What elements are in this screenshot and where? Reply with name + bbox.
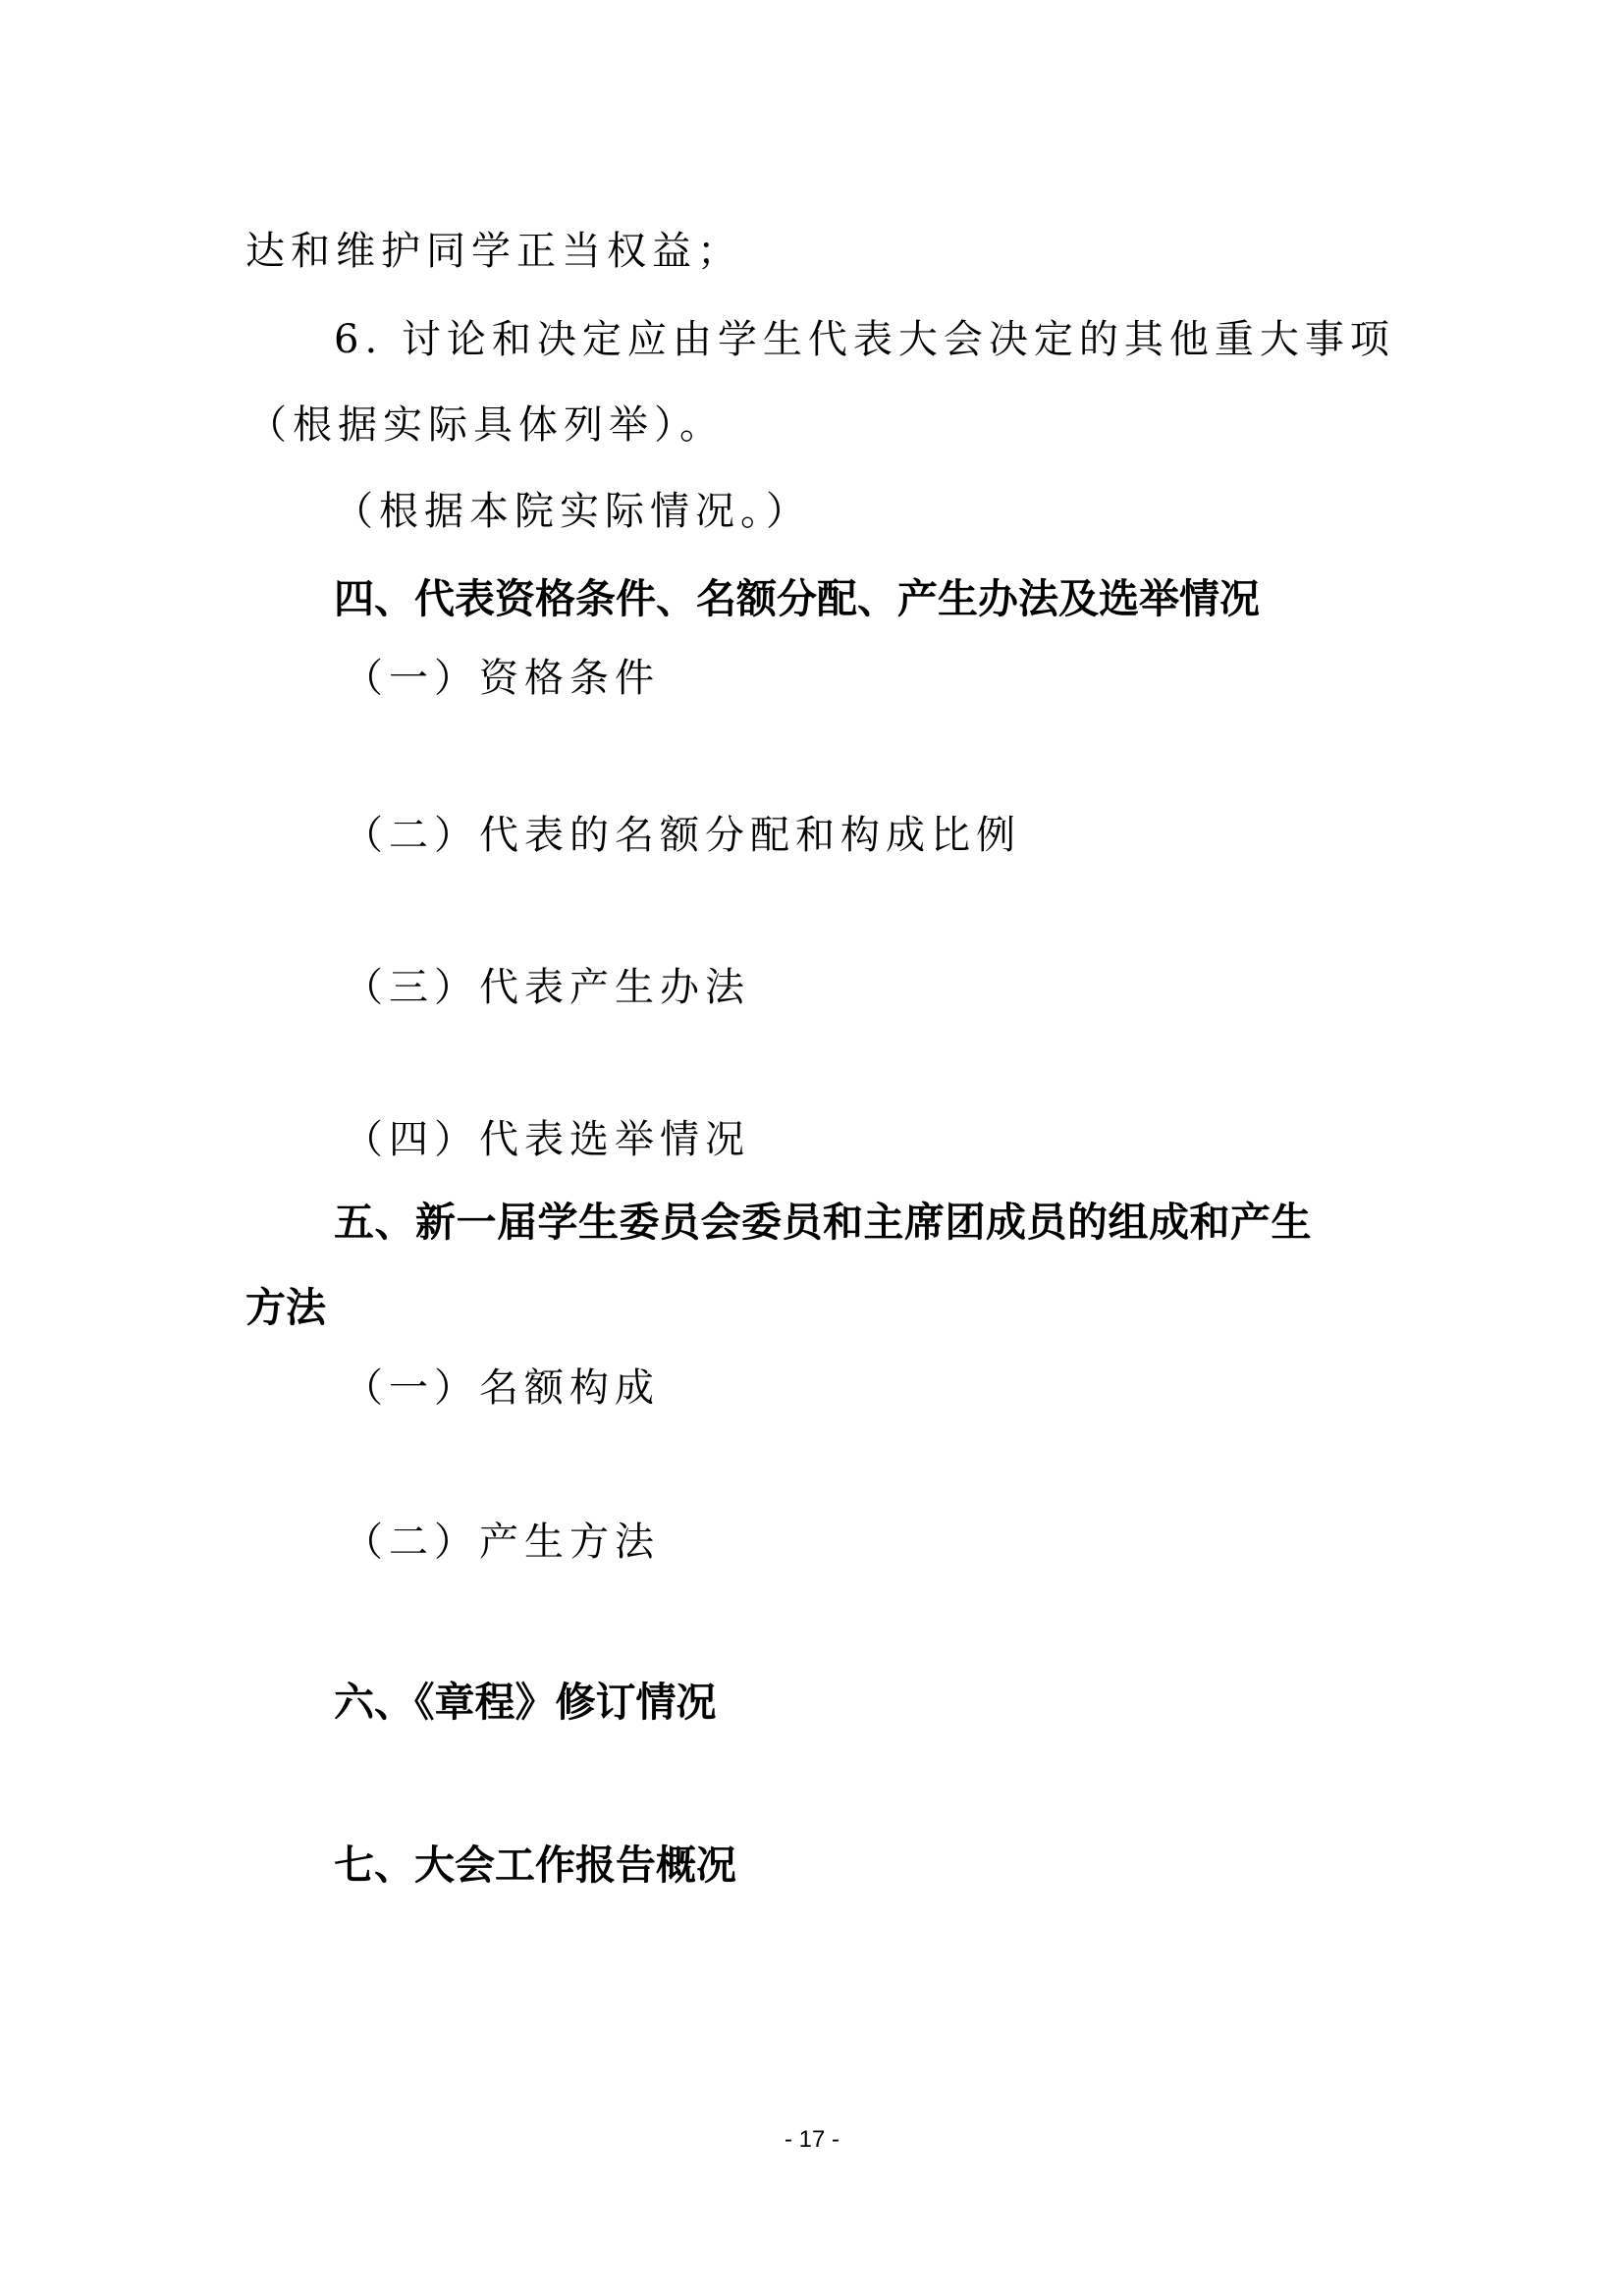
section-heading-5: 五、新一届学生委员会委员和主席团成员的组成和产生 bbox=[334, 1202, 1312, 1243]
body-line-rights-continuation: 达和维护同学正当权益； bbox=[245, 232, 742, 271]
subsection-4-1: （一）资格条件 bbox=[344, 659, 660, 698]
subsection-4-4: （四）代表选举情况 bbox=[344, 1120, 750, 1159]
subsection-5-2: （二）产生方法 bbox=[344, 1522, 660, 1562]
subsection-4-2: （二）代表的名额分配和构成比例 bbox=[344, 816, 1021, 855]
page-number: - 17 - bbox=[0, 2126, 1624, 2154]
body-line-item-6-note: （根据实际具体列举）。 bbox=[247, 405, 725, 445]
subsection-4-3: （三）代表产生办法 bbox=[344, 968, 750, 1007]
section-heading-6: 六、《章程》修订情况 bbox=[334, 1682, 717, 1723]
section-heading-5-continuation: 方法 bbox=[245, 1288, 326, 1328]
body-line-item-6: 6. 讨论和决定应由学生代表大会决定的其他重大事项 bbox=[334, 320, 1395, 359]
section-heading-7: 七、大会工作报告概况 bbox=[334, 1845, 736, 1886]
body-line-college-note: （根据本院实际情况。） bbox=[334, 492, 811, 531]
subsection-5-1: （一）名额构成 bbox=[344, 1368, 660, 1408]
section-heading-4: 四、代表资格条件、名额分配、产生办法及选举情况 bbox=[334, 579, 1260, 619]
document-page: 达和维护同学正当权益； 6. 讨论和决定应由学生代表大会决定的其他重大事项 （根… bbox=[0, 0, 1624, 2296]
